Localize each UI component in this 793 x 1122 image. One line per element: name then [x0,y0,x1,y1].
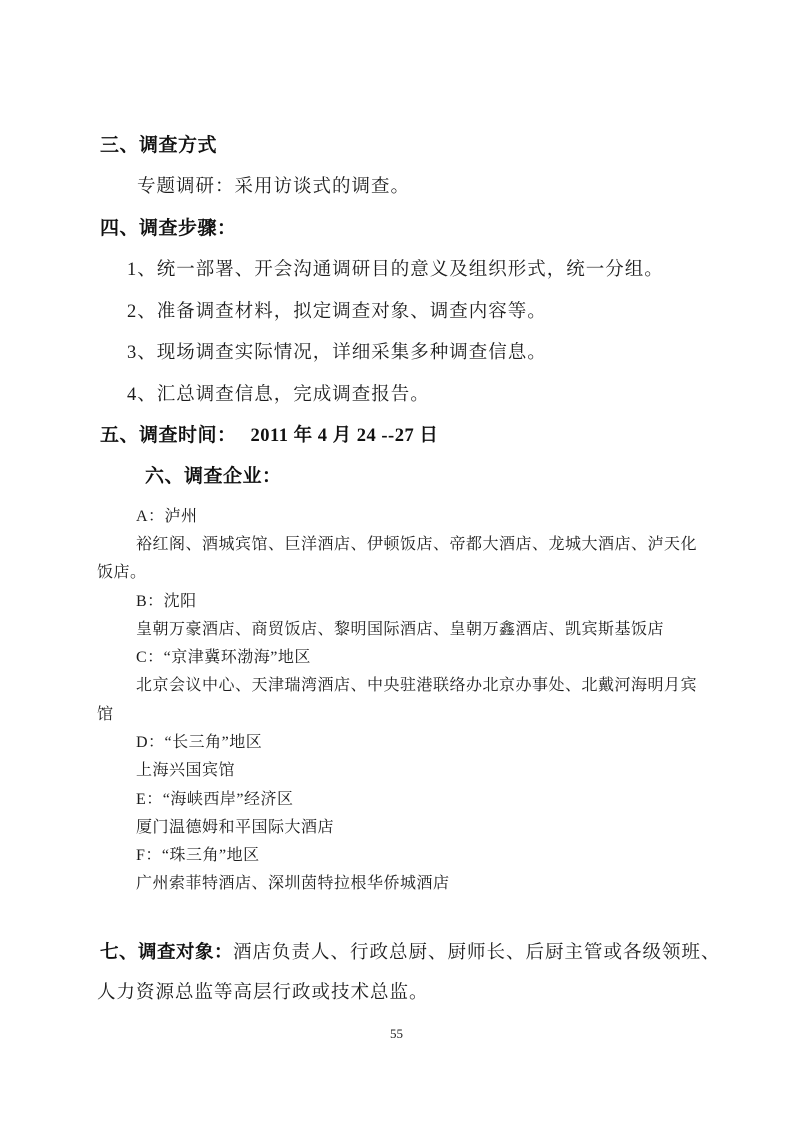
page-number: 55 [0,1026,793,1042]
group-f-label: F：“珠三角”地区 [136,843,260,869]
section7-heading: 七、调查对象： [100,941,233,962]
section4-item-1: 1、统一部署、开会沟通调研目的意义及组织形式，统一分组。 [127,257,664,283]
section3-heading: 三、调查方式 [100,133,217,159]
group-b-label: B：沈阳 [136,589,197,615]
section4-item-4: 4、汇总调查信息，完成调查报告。 [127,382,430,408]
section4-item-2: 2、准备调查材料，拟定调查对象、调查内容等。 [127,299,547,325]
section7-body-part2: 人力资源总监等高层行政或技术总监。 [97,980,429,1006]
section5-heading: 五、调查时间： [100,425,237,446]
group-f-line1: 广州索菲特酒店、深圳茵特拉根华侨城酒店 [136,871,450,897]
section7-body-part1: 酒店负责人、行政总厨、厨师长、后厨主管或各级领班、 [233,943,721,963]
section4-item-3: 3、现场调查实际情况，详细采集多种调查信息。 [127,340,547,366]
section3-body: 专题调研：采用访谈式的调查。 [137,174,410,200]
section5-date-value: 2011 年 4 月 24 --27 日 [251,426,439,446]
group-c-line2: 馆 [97,702,114,728]
document-page: 三、调查方式 专题调研：采用访谈式的调查。 四、调查步骤： 1、统一部署、开会沟… [0,0,793,1122]
group-d-label: D：“长三角”地区 [136,730,262,756]
section4-heading: 四、调查步骤： [100,216,237,242]
group-e-line1: 厦门温德姆和平国际大酒店 [136,815,334,841]
section6-heading: 六、调查企业： [145,464,282,490]
group-b-line1: 皇朝万豪酒店、商贸饭店、黎明国际酒店、皇朝万鑫酒店、凯宾斯基饭店 [136,617,664,643]
group-c-label: C：“京津冀环渤海”地区 [136,645,311,671]
section7-line1: 七、调查对象：酒店负责人、行政总厨、厨师长、后厨主管或各级领班、 [100,939,721,967]
group-c-line1: 北京会议中心、天津瑞湾酒店、中央驻港联络办北京办事处、北戴河海明月宾 [136,673,697,699]
group-a-line1: 裕红阁、酒城宾馆、巨洋酒店、伊顿饭店、帝都大酒店、龙城大酒店、泸天化 [136,532,697,558]
group-e-label: E：“海峡西岸”经济区 [136,787,293,813]
group-a-label: A：泸州 [136,504,198,530]
section5-line: 五、调查时间：2011 年 4 月 24 --27 日 [100,423,438,450]
group-d-line1: 上海兴国宾馆 [136,758,235,784]
group-a-line2: 饭店。 [97,560,147,586]
